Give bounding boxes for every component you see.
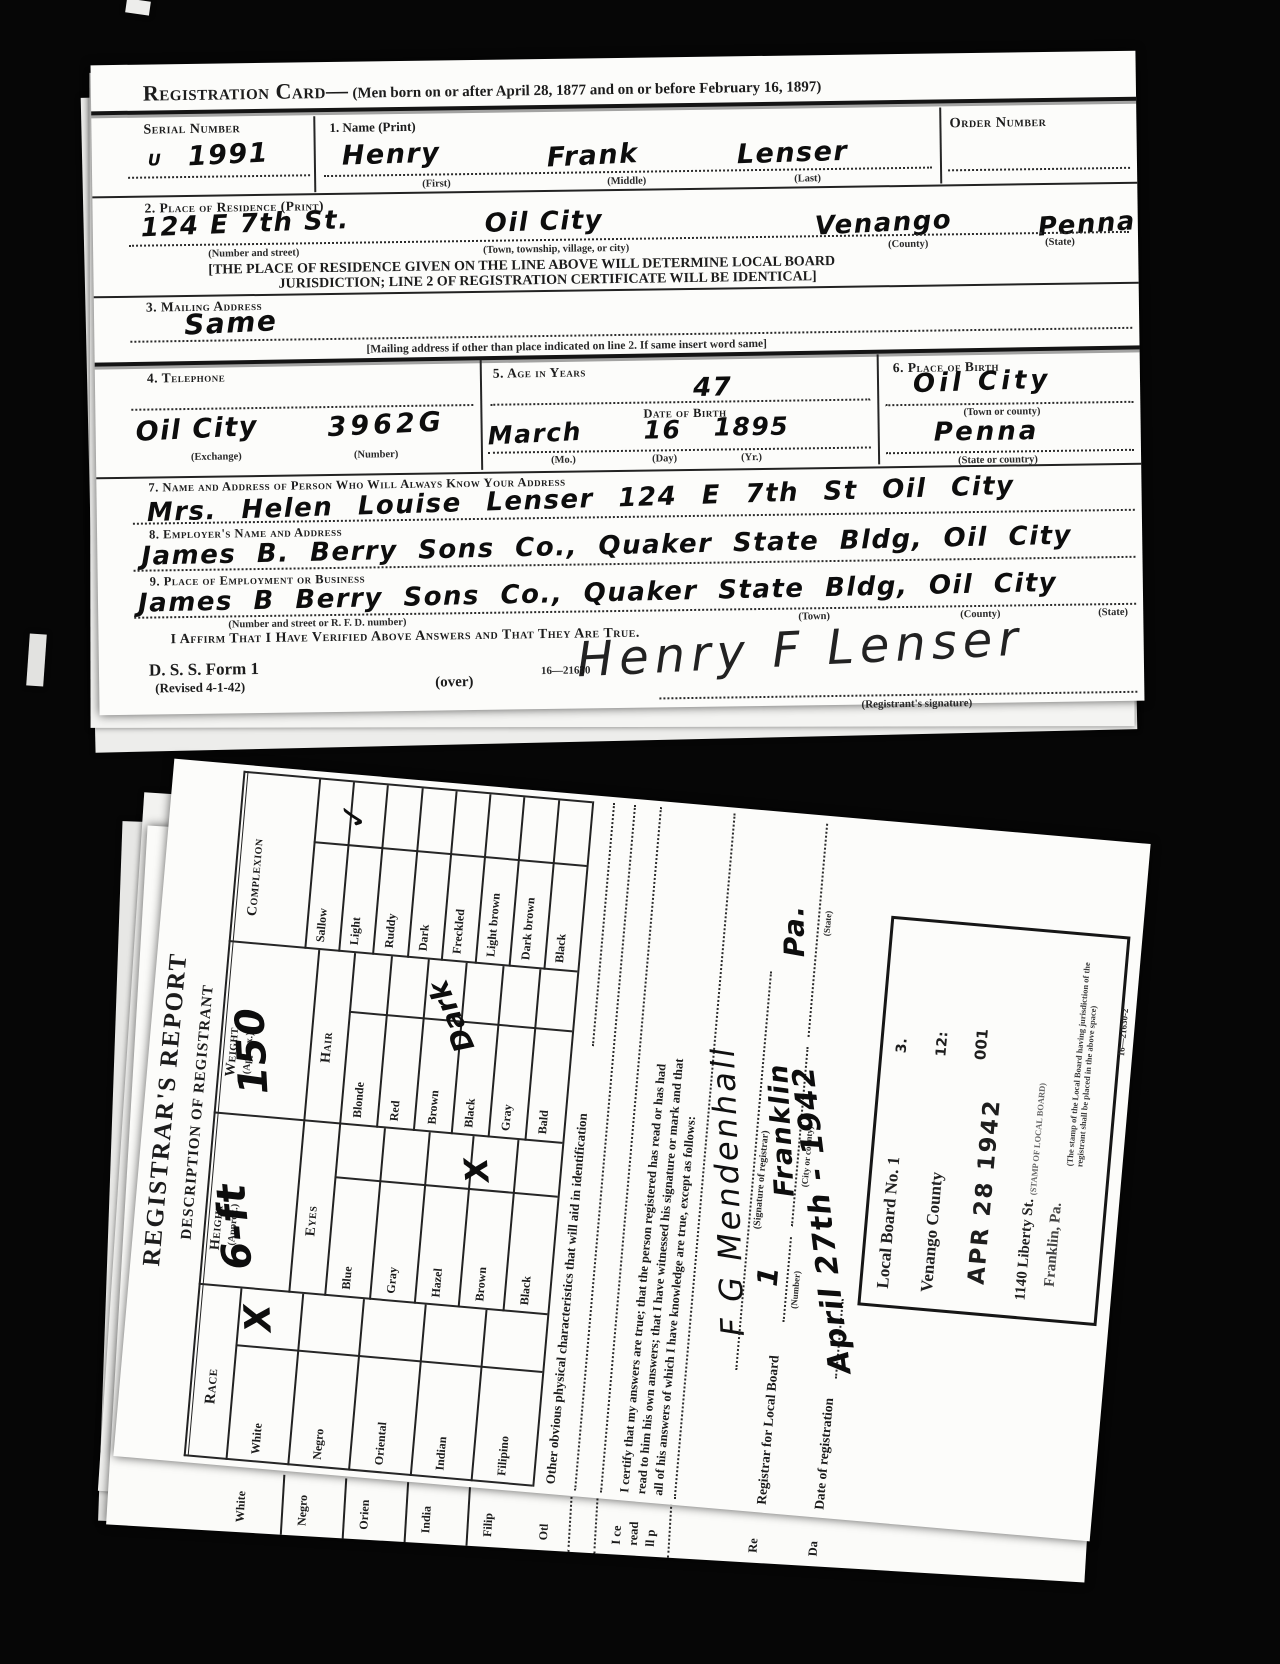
divider-line bbox=[567, 1497, 572, 1552]
divider-line bbox=[667, 1503, 672, 1558]
race-option: Filipino bbox=[494, 1435, 512, 1476]
name-middle-sublabel: (Middle) bbox=[607, 176, 646, 188]
dob-month-sublabel: (Mo.) bbox=[551, 455, 576, 466]
divider-line bbox=[939, 107, 942, 183]
hair-option: Red bbox=[387, 1100, 404, 1122]
eyes-option: Brown bbox=[472, 1266, 490, 1302]
residence-street-sublabel: (Number and street) bbox=[208, 247, 299, 259]
birth-town-dotted-line bbox=[885, 401, 1133, 406]
under-card-snippet: Da bbox=[805, 1541, 821, 1557]
divider-line bbox=[404, 1482, 409, 1542]
under-card-snippet: I ce bbox=[609, 1525, 625, 1545]
divider-line bbox=[334, 1177, 557, 1198]
dotted-answer-line bbox=[592, 803, 615, 1046]
residence-city-value: Oil City bbox=[484, 205, 603, 239]
eyes-mark: X bbox=[457, 1155, 497, 1184]
stamp-number: 3. bbox=[893, 1037, 910, 1053]
name-last-sublabel: (Last) bbox=[794, 173, 821, 184]
dob-day-sublabel: (Day) bbox=[652, 453, 677, 464]
race-option: Indian bbox=[432, 1436, 450, 1471]
registrar-board-label: Registrar for Local Board bbox=[754, 1355, 783, 1506]
card-heading-paren: (Men born on or after April 28, 1877 and… bbox=[352, 79, 821, 102]
serial-prefix-value: U bbox=[148, 150, 163, 169]
divider-line bbox=[502, 1140, 518, 1311]
dob-year-value: 1895 bbox=[713, 412, 789, 442]
order-dotted-line bbox=[948, 167, 1130, 172]
divider-line bbox=[480, 360, 484, 470]
divider-line bbox=[877, 354, 881, 464]
form-revised: (Revised 4-1-42) bbox=[155, 679, 245, 696]
card-heading: Registration Card— bbox=[143, 78, 349, 106]
name-last-value: Lenser bbox=[736, 136, 848, 170]
complexion-option: Light brown bbox=[483, 892, 504, 957]
name-first-value: Henry bbox=[341, 138, 440, 172]
telephone-number-value: 3962G bbox=[327, 406, 446, 443]
complexion-option: Dark bbox=[416, 924, 433, 952]
divider-line bbox=[593, 1498, 598, 1553]
registration-date-label: Date of registration bbox=[811, 1397, 837, 1510]
divider-line bbox=[471, 1310, 487, 1481]
residence-county-sublabel: (County) bbox=[888, 239, 928, 251]
divider-line bbox=[280, 1475, 285, 1535]
dob-year-sublabel: (Yr.) bbox=[741, 452, 762, 463]
over-label: (over) bbox=[435, 674, 474, 692]
telephone-exchange-value: Oil City bbox=[135, 411, 259, 448]
divider-line bbox=[243, 771, 592, 803]
telephone-number-sublabel: (Number) bbox=[354, 449, 398, 461]
race-option: Oriental bbox=[372, 1421, 391, 1465]
registrar-signature: F G Mendenhall bbox=[704, 1045, 752, 1337]
board-state-value: Pa. bbox=[777, 904, 811, 957]
telephone-label: 4. Telephone bbox=[147, 369, 225, 386]
divider-line bbox=[342, 1478, 347, 1538]
age-value: 47 bbox=[693, 372, 733, 403]
order-number-label: Order Number bbox=[949, 114, 1046, 132]
hair-option: Bald bbox=[535, 1110, 552, 1135]
paper-speck bbox=[125, 0, 151, 16]
under-card-snippet: ll p bbox=[643, 1529, 659, 1547]
name-middle-value: Frank bbox=[546, 138, 639, 173]
complexion-option: Ruddy bbox=[382, 913, 400, 949]
under-card-label: Negro bbox=[294, 1494, 311, 1526]
telephone-exchange-sublabel: (Exchange) bbox=[191, 451, 242, 463]
serial-dotted-line bbox=[128, 174, 310, 179]
serial-number-value: 1991 bbox=[187, 137, 270, 172]
board-number-value: 1 bbox=[751, 1264, 786, 1288]
eyes-header: Eyes bbox=[303, 1205, 322, 1237]
name-label: 1. Name (Print) bbox=[329, 119, 415, 136]
dob-month-value: March bbox=[487, 417, 583, 451]
residence-state-sublabel: (State) bbox=[1045, 237, 1075, 248]
paper-speck bbox=[26, 633, 47, 686]
complexion-option: Black bbox=[552, 933, 570, 964]
hair-option: Brown bbox=[424, 1089, 442, 1125]
registrant-signature-sublabel: (Registrant's signature) bbox=[861, 697, 972, 711]
complexion-option: Light bbox=[347, 916, 364, 945]
under-card-label: White bbox=[232, 1491, 249, 1523]
registration-card: Registration Card— (Men born on or after… bbox=[91, 51, 1145, 716]
divider-line bbox=[313, 116, 316, 192]
race-mark: X bbox=[237, 1302, 279, 1333]
registrant-signature: Henry F Lenser bbox=[576, 611, 1025, 689]
registrars-report-card: REGISTRAR'S REPORT DESCRIPTION OF REGIST… bbox=[113, 759, 1150, 1542]
complexion-option: Dark brown bbox=[518, 897, 538, 961]
complexion-header: Complexion bbox=[245, 838, 268, 917]
height-value: 6-ft bbox=[208, 1181, 261, 1272]
serial-number-label: Serial Number bbox=[143, 121, 240, 138]
divider-line bbox=[288, 1121, 304, 1292]
dob-day-value: 16 bbox=[643, 415, 681, 445]
scan-background: Registration Card— (Men born on or after… bbox=[0, 0, 1280, 1664]
under-card-label: India bbox=[418, 1506, 435, 1534]
divider-line bbox=[414, 1132, 430, 1303]
race-option: White bbox=[248, 1422, 266, 1455]
eyes-option: Hazel bbox=[428, 1268, 445, 1299]
registration-date-value: April 27th - 1942 bbox=[786, 1064, 859, 1376]
complexion-option: Freckled bbox=[449, 908, 468, 954]
under-card-snippet: Re bbox=[746, 1538, 762, 1553]
complexion-mark: ✓ bbox=[334, 800, 375, 831]
form-number: D. S. S. Form 1 bbox=[149, 659, 259, 681]
birth-state-value: Penna bbox=[934, 416, 1040, 447]
employment-state-sublabel: (State) bbox=[1098, 607, 1128, 618]
age-label: 5. Age in Years bbox=[493, 364, 586, 381]
residence-city-sublabel: (Town, township, village, or city) bbox=[483, 243, 629, 256]
under-card-label: Filip bbox=[480, 1513, 496, 1538]
weight-value: 150 bbox=[227, 1005, 278, 1095]
name-first-sublabel: (First) bbox=[422, 178, 451, 189]
race-option: Negro bbox=[310, 1428, 328, 1460]
age-dotted-line bbox=[490, 398, 870, 405]
divider-line bbox=[324, 1124, 340, 1295]
divider-line bbox=[465, 1486, 470, 1546]
divider-line bbox=[369, 1128, 385, 1299]
mailing-value: Same bbox=[183, 304, 278, 342]
hair-option: Blonde bbox=[350, 1081, 368, 1118]
eyes-option: Blue bbox=[339, 1266, 356, 1291]
birth-state-dotted-line bbox=[886, 449, 1134, 454]
complexion-option: Sallow bbox=[313, 908, 331, 943]
hair-option: Black bbox=[461, 1098, 479, 1129]
under-card-snippet: read bbox=[626, 1521, 642, 1546]
race-header: Race bbox=[202, 1368, 222, 1405]
birth-town-value: Oil City bbox=[913, 365, 1052, 399]
divider-line bbox=[348, 1299, 364, 1470]
stamp-number: 12: bbox=[933, 1031, 951, 1057]
eyes-option: Black bbox=[517, 1275, 535, 1306]
board-number-sublabel: (Number) bbox=[789, 1270, 802, 1309]
hair-option: Gray bbox=[498, 1104, 515, 1132]
under-card-label: Orien bbox=[356, 1499, 373, 1530]
eyes-option: Gray bbox=[384, 1266, 401, 1294]
stamp-number: 001 bbox=[971, 1028, 992, 1061]
divider-line bbox=[235, 1345, 542, 1373]
divider-line bbox=[287, 1294, 303, 1465]
under-card-label: Otl bbox=[536, 1523, 552, 1541]
hair-mark: Dark bbox=[422, 976, 482, 1058]
hair-header: Hair bbox=[318, 1031, 337, 1064]
divider-line bbox=[410, 1305, 426, 1476]
divider-line bbox=[303, 950, 319, 1121]
board-state-sublabel: (State) bbox=[821, 910, 833, 936]
